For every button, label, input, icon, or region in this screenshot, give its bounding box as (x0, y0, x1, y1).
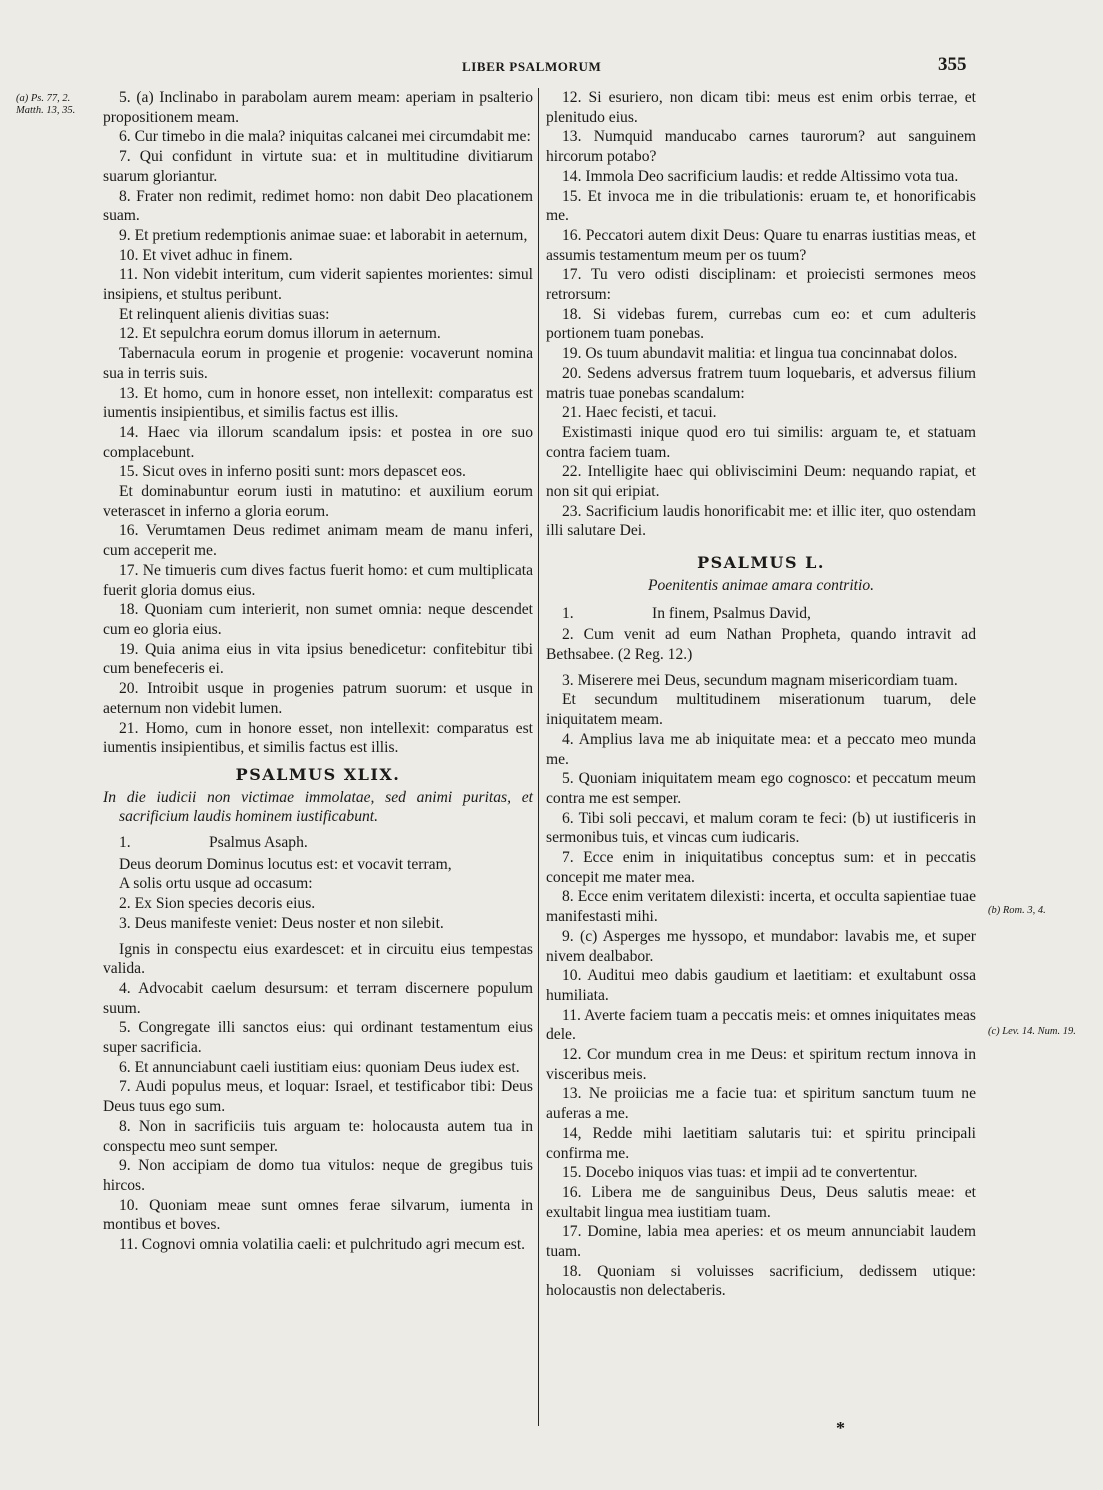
verse: 16. Peccatori autem dixit Deus: Quare tu… (546, 226, 976, 265)
verse: 20. Introibit usque in progenies patrum … (103, 679, 533, 718)
verse: 12. Cor mundum crea in me Deus: et spiri… (546, 1045, 976, 1084)
verse: 8. Non in sacrificiis tuis arguam te: ho… (103, 1117, 533, 1156)
verse: 4. Amplius lava me ab iniquitate mea: et… (546, 730, 976, 769)
verse: Ignis in conspectu eius exardescet: et i… (103, 940, 533, 979)
verse: 2. Ex Sion species decoris eius. (103, 894, 533, 914)
verse: 6. Cur timebo in die mala? iniquitas cal… (103, 127, 533, 147)
verse-text: Psalmus Asaph. (209, 833, 308, 853)
page-header: LIBER PSALMORUM 355 (0, 54, 1103, 78)
verse-text: In finem, Psalmus David, (652, 604, 811, 624)
psalm-subtitle: In die iudicii non victimae immolatae, s… (103, 788, 533, 827)
verse: 13. Et homo, cum in honore esset, non in… (103, 384, 533, 423)
psalm-title-verse: 1. In finem, Psalmus David, (546, 604, 976, 624)
verse: 5. Quoniam iniquitatem meam ego cognosco… (546, 769, 976, 808)
verse: 16. Libera me de sanguinibus Deus, Deus … (546, 1183, 976, 1222)
psalm-heading: PSALMUS L. (546, 553, 976, 573)
margin-note-c: (c) Lev. 14. Num. 19. (988, 1026, 1078, 1038)
verse: Deus deorum Dominus locutus est: et voca… (103, 855, 533, 875)
page-number: 355 (938, 54, 967, 76)
verse: Tabernacula eorum in progenie et progeni… (103, 344, 533, 383)
verse: 7. Ecce enim in iniquitatibus conceptus … (546, 848, 976, 887)
verse: Et dominabuntur eorum iusti in matutino:… (103, 482, 533, 521)
verse: 18. Si videbas furem, currebas cum eo: e… (546, 305, 976, 344)
verse: 23. Sacrificium laudis honorificabit me:… (546, 502, 976, 541)
verse: Existimasti inique quod ero tui similis:… (546, 423, 976, 462)
verse: 5. Congregate illi sanctos eius: qui ord… (103, 1018, 533, 1057)
verse: 4. Advocabit caelum desursum: et terram … (103, 979, 533, 1018)
verse: 19. Quia anima eius in vita ipsius bened… (103, 640, 533, 679)
verse: 20. Sedens adversus fratrem tuum loqueba… (546, 364, 976, 403)
verse: 14, Redde mihi laetitiam salutaris tui: … (546, 1124, 976, 1163)
verse: 11. Non videbit interitum, cum viderit s… (103, 265, 533, 304)
verse: 3. Miserere mei Deus, secundum magnam mi… (546, 671, 976, 691)
verse: 12. Si esuriero, non dicam tibi: meus es… (546, 88, 976, 127)
verse: 8. Frater non redimit, redimet homo: non… (103, 187, 533, 226)
verse-number: 1. (119, 833, 209, 853)
verse: 15. Docebo iniquos vias tuas: et impii a… (546, 1163, 976, 1183)
verse: 14. Haec via illorum scandalum ipsis: et… (103, 423, 533, 462)
verse: 15. Et invoca me in die tribulationis: e… (546, 187, 976, 226)
margin-note-b: (b) Rom. 3, 4. (988, 905, 1078, 917)
verse: 21. Homo, cum in honore esset, non intel… (103, 719, 533, 758)
verse: 7. Audi populus meus, et loquar: Israel,… (103, 1077, 533, 1116)
psalm-title-verse: 1. Psalmus Asaph. (103, 833, 533, 853)
verse: 9. Et pretium redemptionis animae suae: … (103, 226, 533, 246)
verse: 9. (c) Asperges me hyssopo, et mundabor:… (546, 927, 976, 966)
psalm-subtitle: Poenitentis animae amara contritio. (546, 576, 976, 596)
verse-number: 1. (562, 604, 652, 624)
verse: 16. Verumtamen Deus redimet animam meam … (103, 521, 533, 560)
psalm-heading: PSALMUS XLIX. (103, 765, 533, 785)
verse: A solis ortu usque ad occasum: (103, 874, 533, 894)
verse: 10. Quoniam meae sunt omnes ferae silvar… (103, 1196, 533, 1235)
verse: 6. Tibi soli peccavi, et malum coram te … (546, 809, 976, 848)
verse: 5. (a) Inclinabo in parabolam aurem meam… (103, 88, 533, 127)
verse: 18. Quoniam si voluisses sacrificium, de… (546, 1262, 976, 1301)
verse: 2. Cum venit ad eum Nathan Propheta, qua… (546, 625, 976, 664)
verse: 17. Ne timueris cum dives factus fuerit … (103, 561, 533, 600)
verse: 10. Auditui meo dabis gaudium et laetiti… (546, 966, 976, 1005)
verse: 7. Qui confidunt in virtute sua: et in m… (103, 147, 533, 186)
column-divider (538, 88, 539, 1426)
right-column: 12. Si esuriero, non dicam tibi: meus es… (546, 88, 976, 1301)
verse: 11. Cognovi omnia volatilia caeli: et pu… (103, 1235, 533, 1255)
margin-note-a: (a) Ps. 77, 2. Matth. 13, 35. (16, 93, 96, 117)
verse: 8. Ecce enim veritatem dilexisti: incert… (546, 887, 976, 926)
verse: 3. Deus manifeste veniet: Deus noster et… (103, 914, 533, 934)
verse: 12. Et sepulchra eorum domus illorum in … (103, 324, 533, 344)
left-column: 5. (a) Inclinabo in parabolam aurem meam… (103, 88, 533, 1255)
running-title: LIBER PSALMORUM (462, 59, 601, 75)
verse: 13. Ne proiicias me a facie tua: et spir… (546, 1084, 976, 1123)
verse: 17. Tu vero odisti disciplinam: et proie… (546, 265, 976, 304)
verse: 21. Haec fecisti, et tacui. (546, 403, 976, 423)
asterisk-mark: * (836, 1418, 845, 1439)
verse: 15. Sicut oves in inferno positi sunt: m… (103, 462, 533, 482)
verse: 17. Domine, labia mea aperies: et os meu… (546, 1222, 976, 1261)
verse: 9. Non accipiam de domo tua vitulos: neq… (103, 1156, 533, 1195)
verse: 19. Os tuum abundavit malitia: et lingua… (546, 344, 976, 364)
verse: 10. Et vivet adhuc in finem. (103, 246, 533, 266)
verse: 13. Numquid manducabo carnes taurorum? a… (546, 127, 976, 166)
verse: Et relinquent alienis divitias suas: (103, 305, 533, 325)
verse: 11. Averte faciem tuam a peccatis meis: … (546, 1006, 976, 1045)
verse: 6. Et annunciabunt caeli iustitiam eius:… (103, 1058, 533, 1078)
verse: 14. Immola Deo sacrificium laudis: et re… (546, 167, 976, 187)
verse: Et secundum multitudinem miserationum tu… (546, 690, 976, 729)
verse: 18. Quoniam cum interierit, non sumet om… (103, 600, 533, 639)
verse: 22. Intelligite haec qui obliviscimini D… (546, 462, 976, 501)
